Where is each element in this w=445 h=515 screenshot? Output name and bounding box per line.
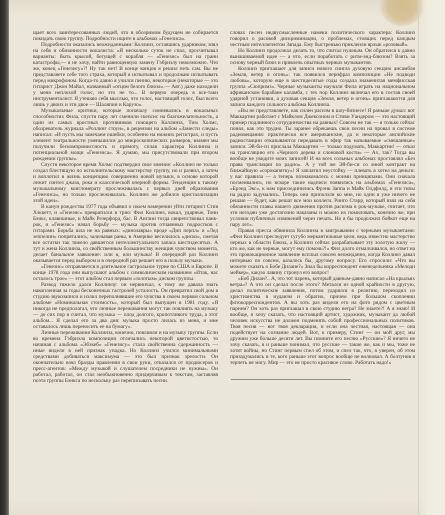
paragraph-continuation: словах песен недвусмысленные намеки поли… [230,30,415,48]
left-text-column: щает всех заинтересованных людей, что в … [33,30,218,515]
scanned-page: щает всех заинтересованных людей, что в … [0,0,445,515]
paragraph: «Генезис» отправляется в длительное гаст… [33,264,218,282]
paper-background: щает всех заинтересованных людей, что в … [9,0,445,515]
footnote-divider [231,379,351,380]
paragraph: Но Коллинз продолжал делать то, что счит… [230,48,415,66]
right-text-column: словах песен недвусмысленные намеки поли… [230,30,415,515]
paragraph: «Вы не представляете, как силен расизм в… [230,108,415,228]
page-edge-highlight [418,0,445,515]
paragraph-continuation: щает всех заинтересованных людей, что в … [33,30,218,42]
book-spine-edge [0,0,9,515]
text-columns: щает всех заинтересованных людей, что в … [33,30,415,515]
paragraph: Спустя некоторое время Холмс подтвердил … [33,162,218,204]
paragraph: Личные переживания Коллинза, конечно, по… [33,330,218,384]
paragraph: В канун рождества 1977 года объявил о св… [33,204,218,264]
paragraph: Правая пресса обвинила Коллинза в заигры… [230,228,415,276]
paragraph: «Боб Дилан?.. А, это тот парень, который… [230,276,415,366]
paragraph: Коллинз приглашает для записи нового син… [230,66,415,108]
paragraph: Музыкальные критики, которые поначалу со… [33,108,218,162]
paragraph: Развод тяжело дался Коллинзу: он нервнич… [33,282,218,330]
paragraph: Подробности оказались неожиданными: Колл… [33,42,218,108]
